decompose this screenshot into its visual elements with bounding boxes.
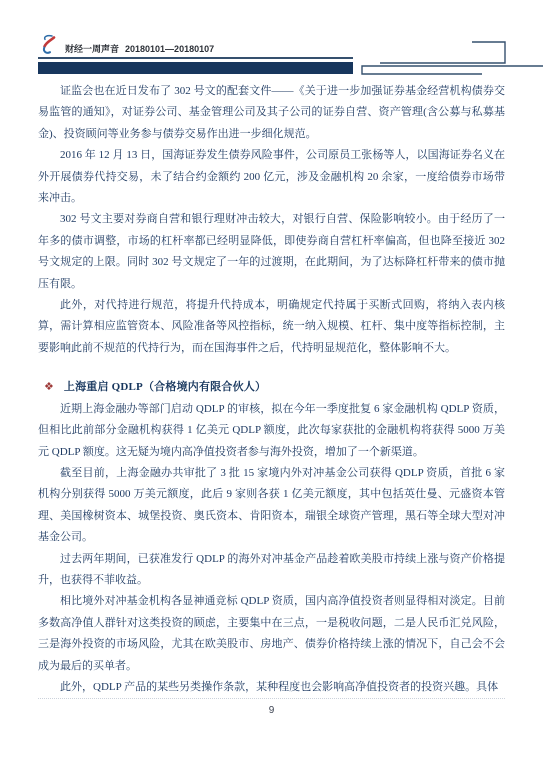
footer-divider — [38, 698, 505, 699]
brand-logo-icon — [38, 34, 58, 57]
header-underline — [38, 57, 353, 59]
report-date-range: 20180101—20180107 — [125, 44, 214, 54]
paragraph: 此外，QDLP 产品的某些另类操作条款，某种程度也会影响高净值投资者的投资兴趣。… — [38, 677, 505, 698]
header-navy-bar — [38, 62, 353, 74]
document-page: 财经一周声音 20180101—20180107 证监会也在近日发布了 302 … — [0, 0, 543, 768]
paragraph: 截至目前，上海金融办共审批了 3 批 15 家境内外对冲基金公司获得 QDLP … — [38, 463, 505, 549]
paragraph: 302 号文主要对券商自营和银行理财冲击较大，对银行自营、保险影响较小。由于经历… — [38, 209, 505, 295]
paragraph: 近期上海金融办等部门启动 QDLP 的审核，拟在今年一季度批复 6 家金融机构 … — [38, 399, 505, 463]
document-body: 证监会也在近日发布了 302 号文的配套文件——《关于进一步加强证券基金经营机构… — [38, 81, 505, 698]
section-heading: ❖ 上海重启 QDLP（合格境内有限合伙人） — [38, 376, 505, 398]
diamond-bullet-icon: ❖ — [44, 376, 54, 397]
page-header: 财经一周声音 20180101—20180107 — [38, 33, 353, 57]
report-title: 财经一周声音 — [65, 42, 119, 55]
paragraph: 此外，对代持进行规范，将提升代持成本，明确规定代持属于买断式回购，将纳入表内核算… — [38, 295, 505, 359]
page-number: 9 — [0, 705, 543, 716]
section-heading-text: 上海重启 QDLP（合格境内有限合伙人） — [64, 377, 266, 398]
paragraph: 2016 年 12 月 13 日，国海证券发生债券风险事件，公司原员工张杨等人，… — [38, 145, 505, 209]
paragraph: 过去两年期间，已获准发行 QDLP 的海外对冲基金产品趁着欧美股市持续上涨与资产… — [38, 549, 505, 592]
paragraph: 证监会也在近日发布了 302 号文的配套文件——《关于进一步加强证券基金经营机构… — [38, 81, 505, 145]
paragraph: 相比境外对冲基金机构各显神通竞标 QDLP 资质，国内高净值投资者则显得相对淡定… — [38, 591, 505, 677]
